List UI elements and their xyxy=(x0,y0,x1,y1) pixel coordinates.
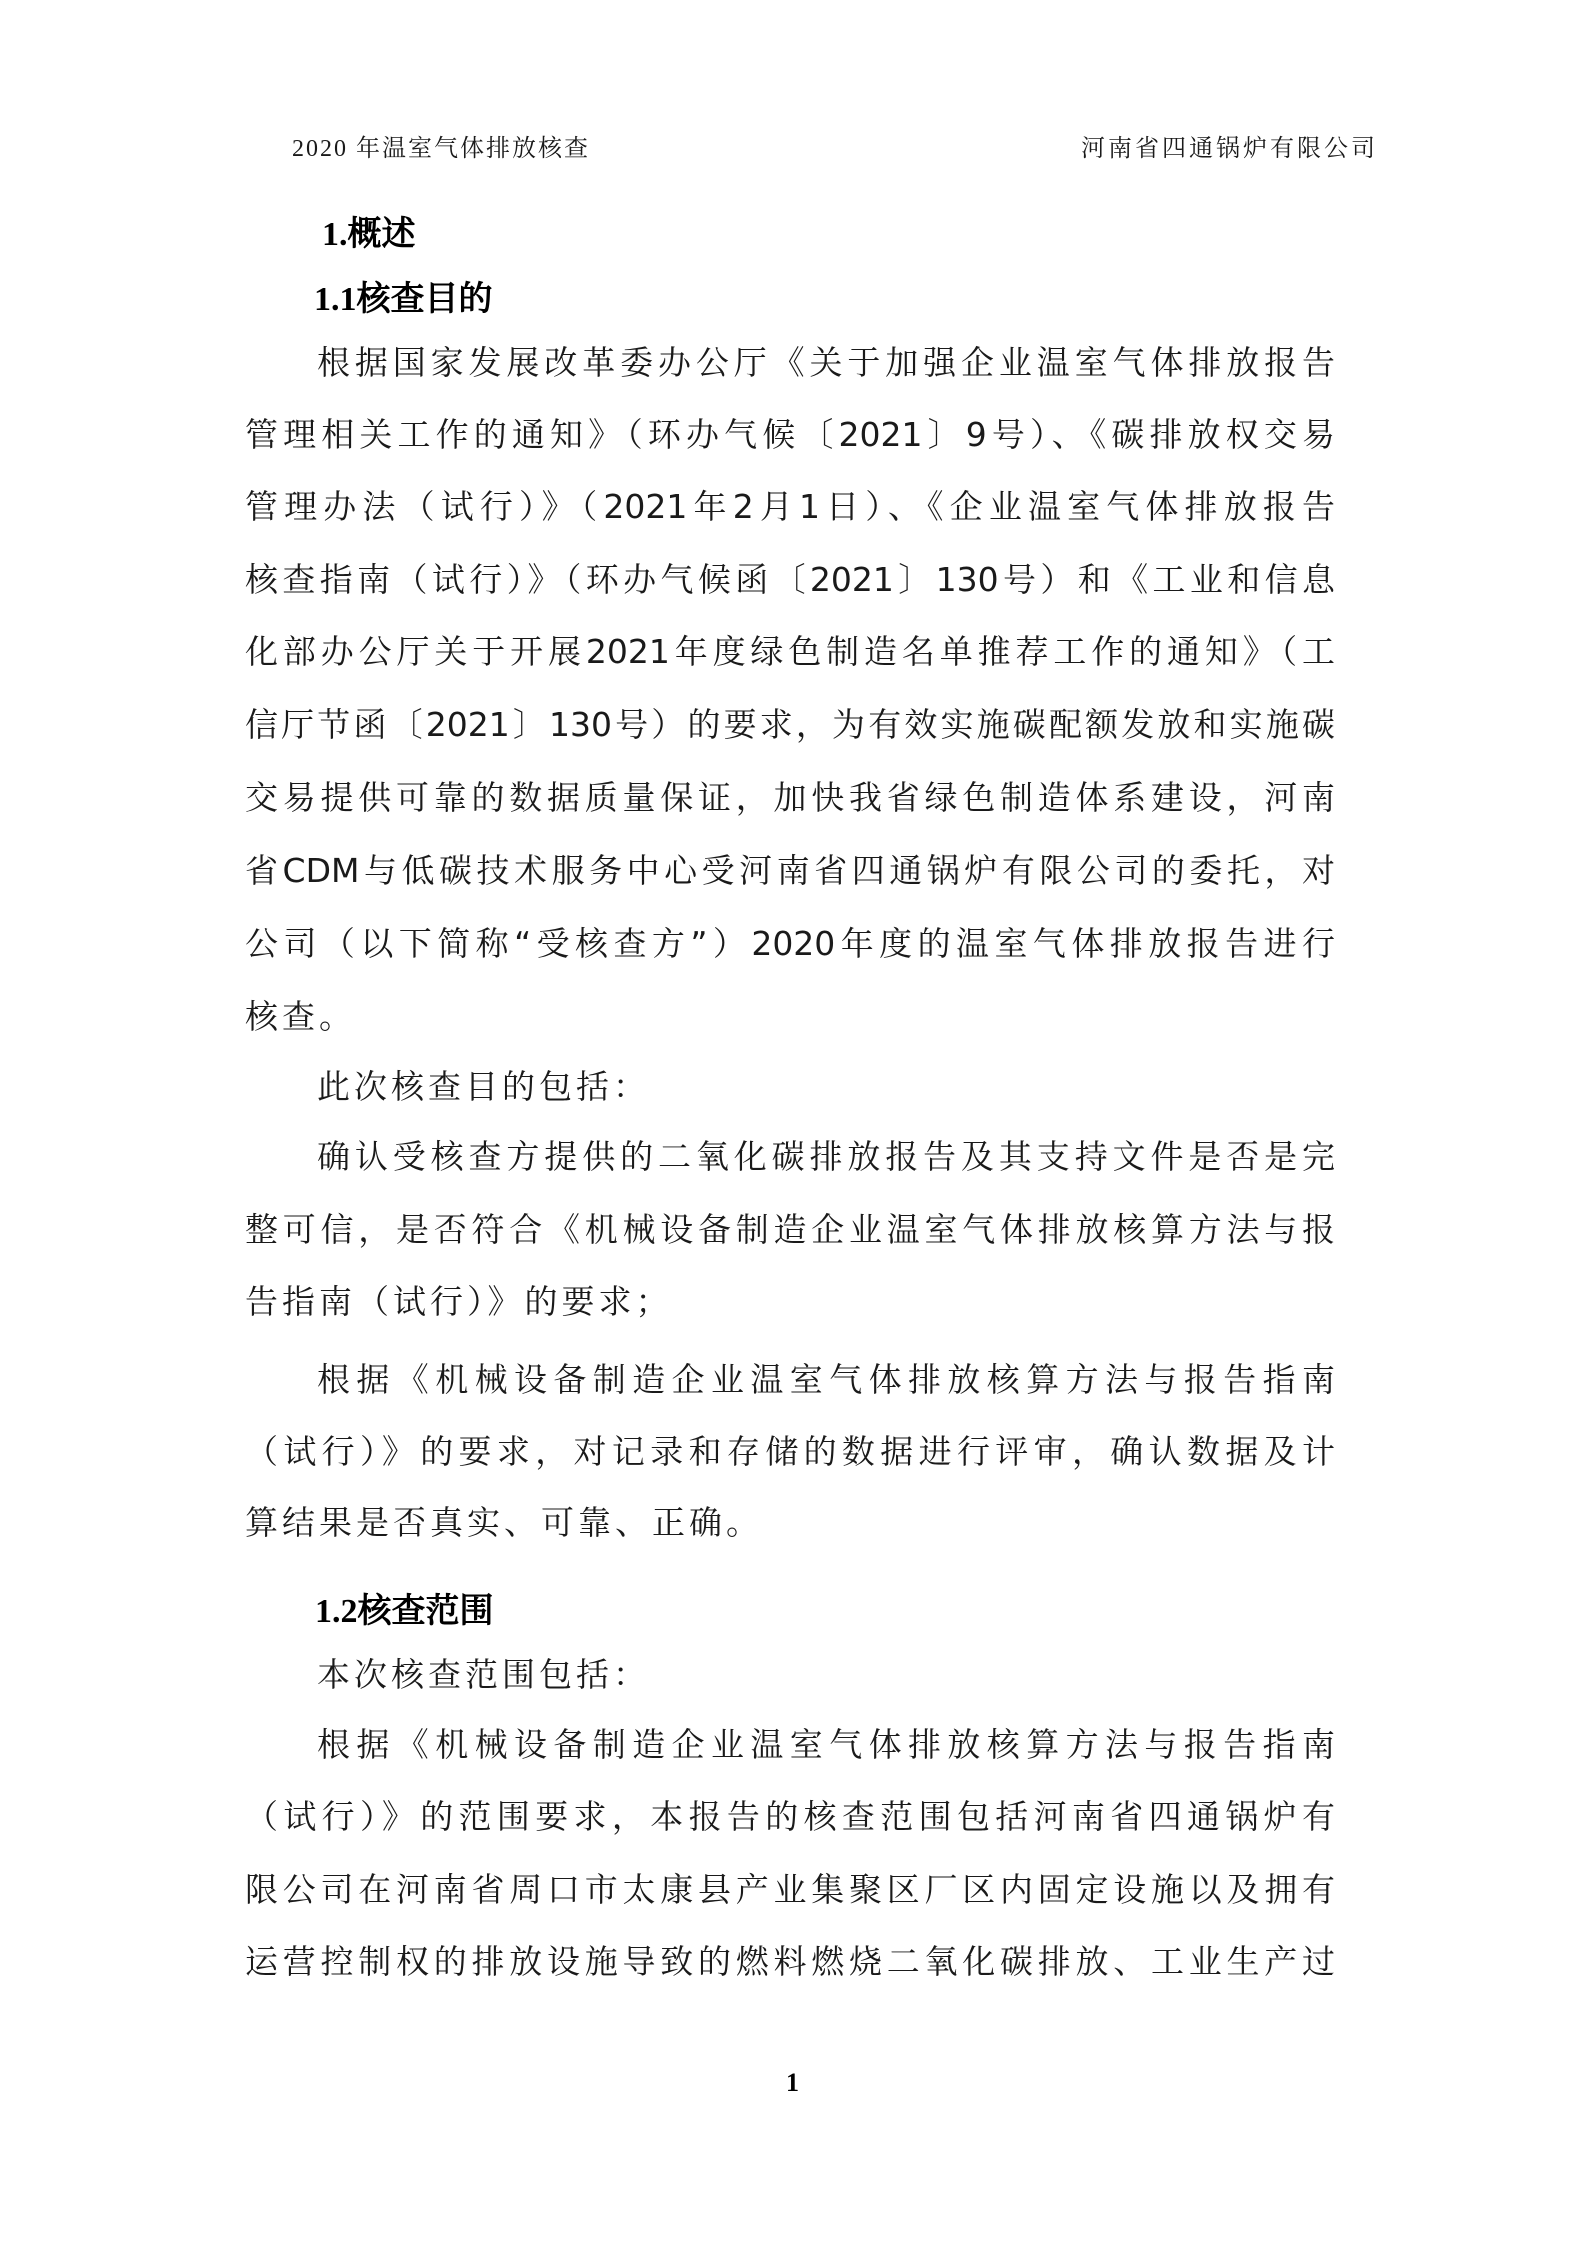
paragraph-line: （试行）》的范围要求，本报告的核查范围包括河南省四通锅炉有 xyxy=(245,1795,1335,1839)
paragraph-line: 信厅节函〔2021〕130号）的要求，为有效实施碳配额发放和实施碳 xyxy=(245,703,1335,747)
paragraph-line: 化部办公厅关于开展2021年度绿色制造名单推荐工作的通知》（工 xyxy=(245,630,1335,674)
running-header-company: 河南省四通锅炉有限公司 xyxy=(1081,134,1378,164)
paragraph-line: 确认受核查方提供的二氧化碳排放报告及其支持文件是否是完 xyxy=(317,1135,1335,1179)
paragraph-line: （试行）》的要求，对记录和存储的数据进行评审，确认数据及计 xyxy=(245,1430,1335,1474)
heading-1-1-purpose: 1.1核查目的 xyxy=(314,278,493,322)
paragraph-line: 整可信，是否符合《机械设备制造企业温室气体排放核算方法与报 xyxy=(245,1208,1335,1252)
paragraph-line: 限公司在河南省周口市太康县产业集聚区厂区内固定设施以及拥有 xyxy=(245,1868,1335,1912)
paragraph-line: 此次核查目的包括： xyxy=(317,1065,1335,1109)
paragraph-line: 运营控制权的排放设施导致的燃料燃烧二氧化碳排放、工业生产过 xyxy=(245,1940,1335,1984)
heading-1-2-scope: 1.2核查范围 xyxy=(315,1590,494,1634)
paragraph-line: 公司（以下简称“受核查方”）2020年度的温室气体排放报告进行 xyxy=(245,922,1335,966)
paragraph-line: 根据国家发展改革委办公厅《关于加强企业温室气体排放报告 xyxy=(317,341,1335,385)
paragraph-line: 管理办法（试行）》（2021年2月1日）、《企业温室气体排放报告 xyxy=(245,485,1335,529)
paragraph-line: 算结果是否真实、可靠、正确。 xyxy=(245,1501,1335,1545)
running-header-title: 2020 年温室气体排放核查 xyxy=(292,134,590,164)
paragraph-line: 告指南（试行）》的要求； xyxy=(245,1280,1335,1324)
paragraph-line: 核查。 xyxy=(245,995,1335,1039)
paragraph-line: 本次核查范围包括： xyxy=(317,1653,1335,1697)
paragraph-line: 根据《机械设备制造企业温室气体排放核算方法与报告指南 xyxy=(317,1723,1335,1767)
paragraph-line: 交易提供可靠的数据质量保证，加快我省绿色制造体系建设，河南 xyxy=(245,776,1335,820)
paragraph-line: 核查指南（试行）》（环办气候函〔2021〕130号）和《工业和信息 xyxy=(245,558,1335,602)
heading-1-overview: 1.概述 xyxy=(322,213,416,257)
page-number: 1 xyxy=(786,2068,799,2098)
document-page: 2020 年温室气体排放核查 河南省四通锅炉有限公司 1.概述 1.1核查目的 … xyxy=(0,0,1588,2245)
paragraph-line: 根据《机械设备制造企业温室气体排放核算方法与报告指南 xyxy=(317,1358,1335,1402)
paragraph-line: 省CDM与低碳技术服务中心受河南省四通锅炉有限公司的委托，对 xyxy=(245,849,1335,893)
paragraph-line: 管理相关工作的通知》（环办气候〔2021〕9号）、《碳排放权交易 xyxy=(245,413,1335,457)
